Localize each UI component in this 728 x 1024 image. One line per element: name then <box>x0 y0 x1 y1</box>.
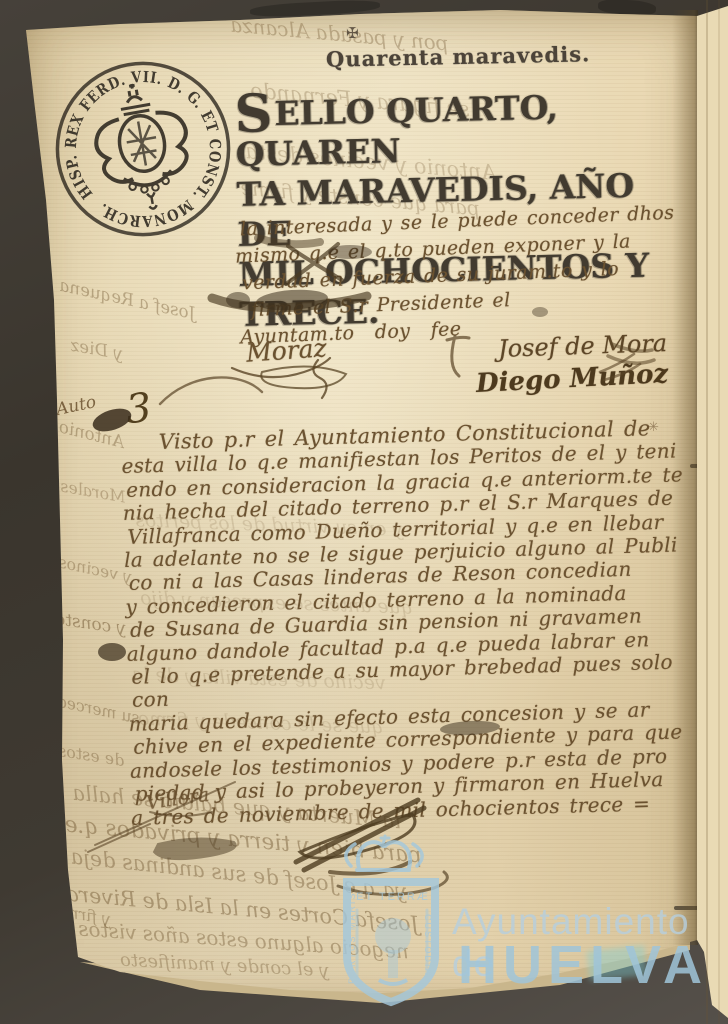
bleedthrough-line: y conste <box>54 609 127 639</box>
gutter-fold-shadow <box>672 10 698 945</box>
crest-motto-right: CUSTODIA <box>423 914 433 976</box>
document-scan: pon y pasada Alcanza se figura y Fernand… <box>0 0 728 1024</box>
bleedthrough-line: y Diez <box>69 336 125 365</box>
act-body-text: Visto p.r el Ayuntamiento Constitucional… <box>121 416 700 830</box>
tax-value-line: Quarenta maravedis. <box>326 41 591 72</box>
crest-motto-left: PORTUS MARIS <box>347 892 357 984</box>
bleedthrough-line: Morales <box>59 476 127 506</box>
bleedthrough-line: Antonio <box>57 417 127 453</box>
margin-note-auto: Auto <box>54 392 98 420</box>
certification-text: la interesada y se le puede conceder dho… <box>240 200 681 352</box>
bleedthrough-line: de estos <box>57 741 126 770</box>
printed-cross-ornament: ✠ <box>346 24 359 42</box>
bleedthrough-line: Josef a Requena <box>57 276 197 324</box>
signature-diego-munoz: Diego Muñoz <box>475 359 669 399</box>
signature-moraz: Moraz <box>245 333 328 368</box>
page-crease <box>706 0 708 1024</box>
bleedthrough-line: y vecinos <box>57 552 134 586</box>
seal-line-1: ELLO QUARTO, QUAREN <box>235 88 558 174</box>
signature-josef-de-mora: Josef de Mora <box>498 329 668 363</box>
crest-motto-top: ET TERRÆ <box>356 891 430 903</box>
watermark-city-text: HUELVA <box>458 934 708 996</box>
bleedthrough-line: y firmo <box>53 900 113 929</box>
margin-note-number: 3 <box>124 385 154 433</box>
crest-tree <box>375 918 411 984</box>
royal-seal-stamp: HISP. REX FERD. VII. D. G. ET CONST. MON… <box>35 41 250 256</box>
huelva-crest-watermark: ET TERRÆ PORTUS MARIS CUSTODIA <box>321 834 469 1022</box>
page-crease <box>718 0 720 1024</box>
